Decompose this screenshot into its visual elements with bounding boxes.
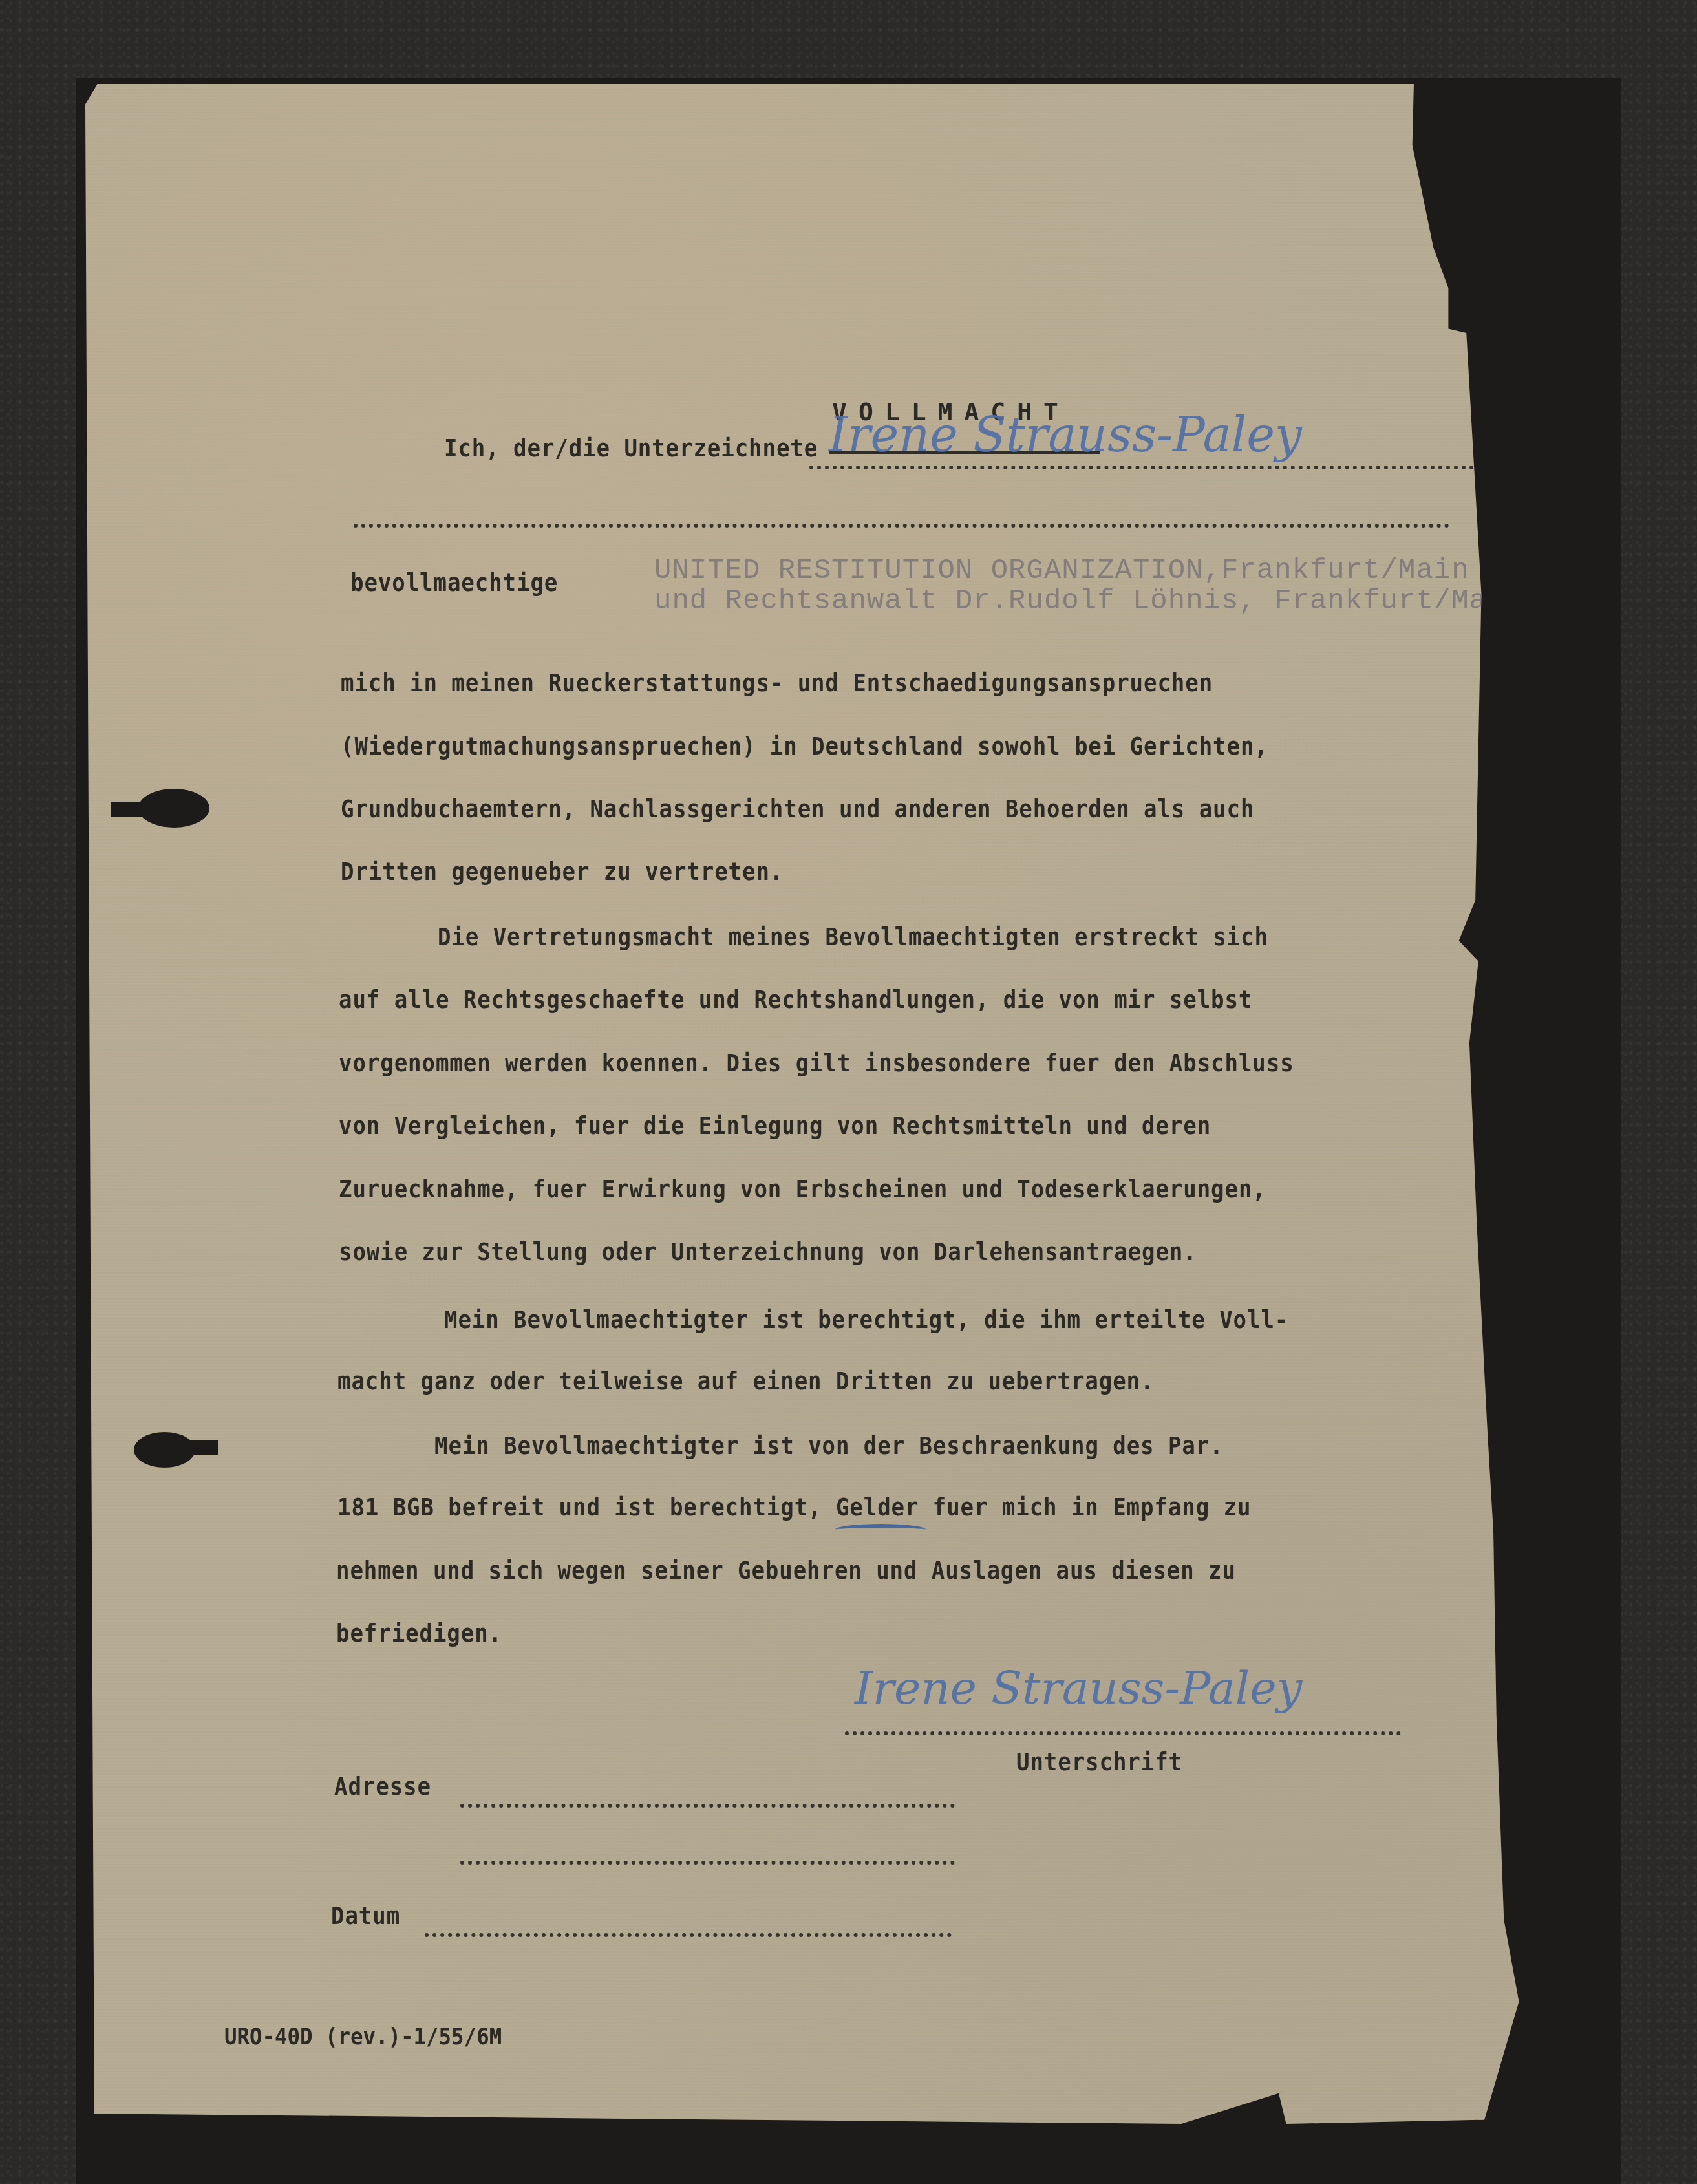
paragraph-1-line-1: mich in meinen Rueckerstattungs- und Ent… (341, 669, 1213, 697)
signature-label: Unterschrift (1016, 1748, 1182, 1776)
date-field-line (425, 1933, 952, 1937)
grantor-name-field-line (809, 466, 1521, 469)
paragraph-4-line-3: nehmen und sich wegen seiner Gebuehren u… (336, 1557, 1236, 1585)
signature-field-line (845, 1731, 1401, 1735)
grantor-handwritten-name: Irene Strauss-Paley (829, 407, 1302, 463)
date-label: Datum (331, 1902, 400, 1930)
grantee-stamp-line-2: und Rechtsanwalt Dr.Rudolf Löhnis, Frank… (654, 585, 1522, 617)
grantor-label: Ich, der/die Unterzeichnete (444, 434, 818, 462)
paragraph-1-line-4: Dritten gegenueber zu vertreten. (341, 858, 784, 886)
punch-hole-upper-slot (111, 802, 150, 817)
paragraph-1-line-2: (Wiedergutmachungsanspruechen) in Deutsc… (341, 733, 1268, 760)
paragraph-2-line-1: Die Vertretungsmacht meines Bevollmaecht… (438, 923, 1268, 951)
paragraph-1-line-3: Grundbuchaemtern, Nachlassgerichten und … (341, 795, 1254, 823)
ink-underline-mark (835, 1524, 926, 1536)
grantor-second-field-line (354, 524, 1449, 528)
grantee-stamp-line-1: UNITED RESTITUTION ORGANIZATION,Frankfur… (654, 555, 1469, 587)
document-page: 4 VOLLMACHT Ich, der/die Unterzeichnete … (85, 84, 1586, 2124)
address-field-line-2 (460, 1861, 955, 1865)
paragraph-3-line-2: macht ganz oder teilweise auf einen Drit… (337, 1367, 1154, 1395)
paragraph-3-line-1: Mein Bevollmaechtigter ist berechtigt, d… (444, 1306, 1288, 1334)
punch-hole-lower-slot (182, 1440, 218, 1455)
paragraph-2-line-3: vorgenommen werden koennen. Dies gilt in… (339, 1049, 1294, 1077)
paragraph-2-line-4: von Vergleichen, fuer die Einlegung von … (339, 1112, 1211, 1140)
paragraph-2-line-2: auf alle Rechtsgeschaefte und Rechtshand… (339, 986, 1252, 1014)
paragraph-4-line-4: befriedigen. (336, 1620, 502, 1647)
paragraph-4-line-1: Mein Bevollmaechtigter ist von der Besch… (434, 1432, 1224, 1460)
address-label: Adresse (334, 1773, 431, 1801)
paragraph-2-line-6: sowie zur Stellung oder Unterzeichnung v… (339, 1238, 1197, 1266)
address-field-line-1 (460, 1804, 955, 1808)
paragraph-2-line-5: Zuruecknahme, fuer Erwirkung von Erbsche… (339, 1175, 1266, 1203)
signature-handwritten: Irene Strauss-Paley (855, 1662, 1302, 1715)
form-code: URO-40D (rev.)-1/55/6M (224, 2024, 502, 2050)
grantee-label: bevollmaechtige (350, 569, 558, 597)
paragraph-4-line-2: 181 BGB befreit und ist berechtigt, Geld… (337, 1493, 1251, 1521)
